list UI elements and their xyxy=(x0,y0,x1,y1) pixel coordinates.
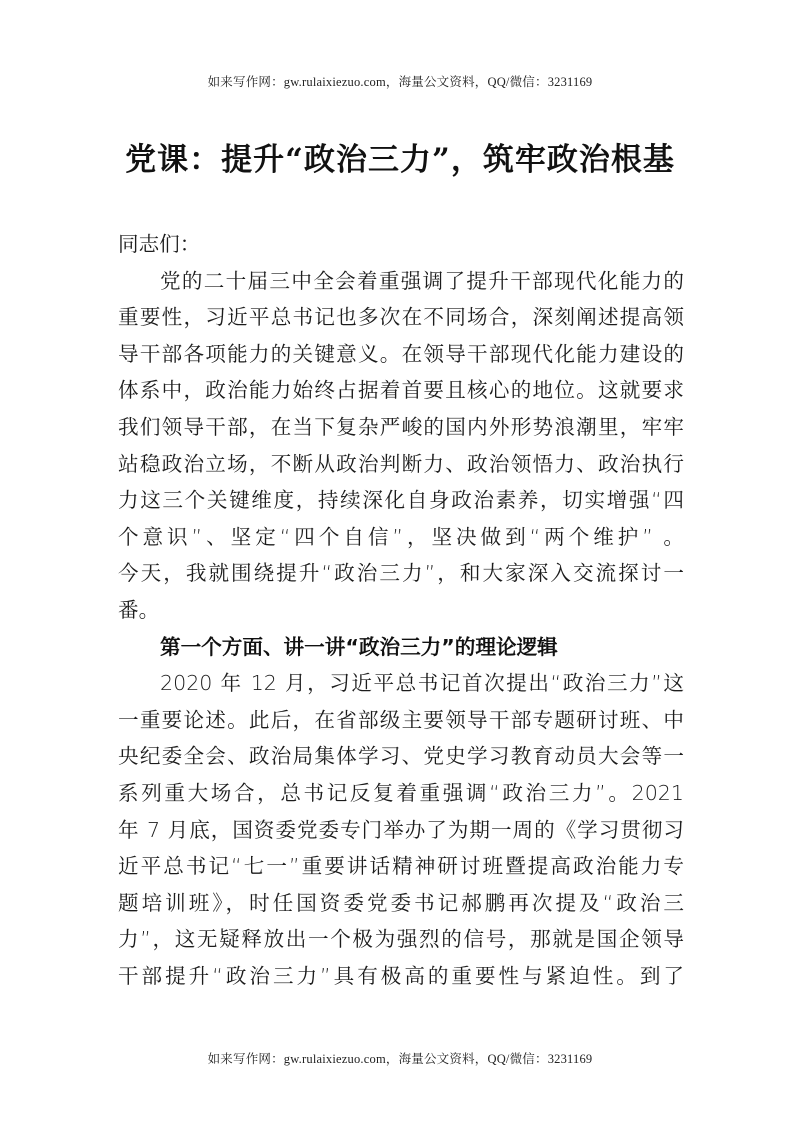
document-title: 党课：提升“政治三力”，筑牢政治根基 xyxy=(0,134,800,179)
paragraph-2-line: 力”，这无疑释放出一个极为强烈的信号，那就是国企领导 xyxy=(118,921,684,958)
paragraph-1-line: 今天，我就围绕提升“政治三力”，和大家深入交流探讨一 xyxy=(118,555,684,592)
paragraph-1-line: 导干部各项能力的关键意义。在领导干部现代化能力建设的 xyxy=(118,336,684,373)
paragraph-2-line: 2020 年 12 月，习近平总书记首次提出“政治三力”这 xyxy=(118,665,684,702)
paragraph-2-line: 题培训班》，时任国资委党委书记郝鹏再次提及“政治三 xyxy=(118,885,684,922)
paragraph-2-line: 年 7 月底，国资委党委专门举办了为期一周的《学习贯彻习 xyxy=(118,812,684,849)
paragraph-1-line: 党的二十届三中全会着重强调了提升干部现代化能力的 xyxy=(118,263,684,300)
paragraph-2-line: 近平总书记“七一”重要讲话精神研讨班暨提高政治能力专 xyxy=(118,848,684,885)
footer-watermark: 如来写作网：gw.rulaixiezuo.com，海量公文资料，QQ/微信：32… xyxy=(0,1049,800,1067)
header-watermark: 如来写作网：gw.rulaixiezuo.com，海量公文资料，QQ/微信：32… xyxy=(0,72,800,90)
paragraph-1-line: 体系中，政治能力始终占据着首要且核心的地位。这就要求 xyxy=(118,372,684,409)
paragraph-2-line: 央纪委全会、政治局集体学习、党史学习教育动员大会等一 xyxy=(118,738,684,775)
paragraph-2-line: 系列重大场合，总书记反复着重强调“政治三力”。2021 xyxy=(118,775,684,812)
paragraph-2-line: 干部提升“政治三力”具有极高的重要性与紧迫性。到了 xyxy=(118,958,684,995)
document-body: 同志们： 党的二十届三中全会着重强调了提升干部现代化能力的 重要性，习近平总书记… xyxy=(118,226,684,994)
paragraph-1-line: 我们领导干部，在当下复杂严峻的国内外形势浪潮里，牢牢 xyxy=(118,409,684,446)
paragraph-1-line: 个意识”、坚定“四个自信”，坚决做到“两个维护” 。 xyxy=(118,519,684,556)
salutation: 同志们： xyxy=(118,226,684,263)
paragraph-2-line: 一重要论述。此后，在省部级主要领导干部专题研讨班、中 xyxy=(118,702,684,739)
paragraph-1-line: 力这三个关键维度，持续深化自身政治素养，切实增强“四 xyxy=(118,482,684,519)
section-heading: 第一个方面、讲一讲“政治三力”的理论逻辑 xyxy=(118,629,684,666)
paragraph-1-line: 番。 xyxy=(118,592,684,629)
paragraph-1-line: 重要性，习近平总书记也多次在不同场合，深刻阐述提高领 xyxy=(118,299,684,336)
paragraph-1-line: 站稳政治立场，不断从政治判断力、政治领悟力、政治执行 xyxy=(118,446,684,483)
